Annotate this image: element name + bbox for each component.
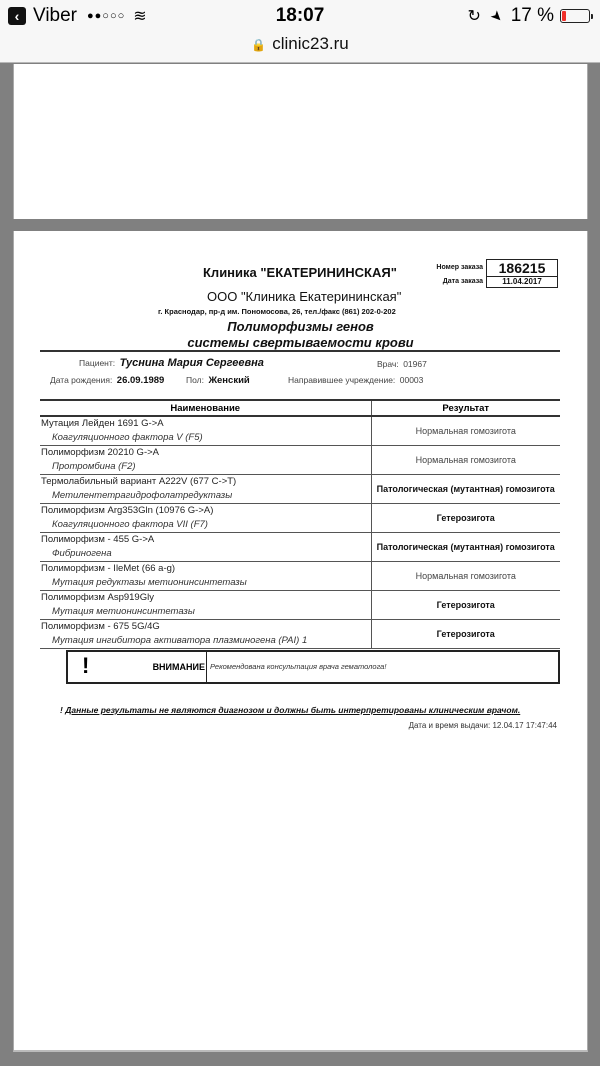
table-row: Полиморфизм Asp919GlyМутация метионинсин… (40, 591, 560, 620)
document-title-line2: системы свертываемости крови (14, 335, 587, 350)
test-result: Нормальная гомозигота (371, 416, 560, 446)
document-page-2: Клиника "ЕКАТЕРИНИНСКАЯ" Номер заказа 18… (13, 231, 588, 1052)
disclaimer-text: Данные результаты не являются диагнозом … (65, 705, 520, 715)
lock-icon: 🔒 (251, 38, 266, 52)
test-subtitle: Мутация редуктазы метионинсинтетазы (41, 576, 370, 590)
table-row: Термолабильный вариант A222V (677 C->T)М… (40, 475, 560, 504)
test-subtitle: Фибриногена (41, 547, 370, 561)
disclaimer: ! Данные результаты не являются диагнозо… (60, 705, 520, 715)
test-subtitle: Коагуляционного фактора VII (F7) (41, 518, 370, 532)
issue-datetime: Дата и время выдачи: 12.04.17 17:47:44 (409, 721, 557, 730)
doctor-label: Врач: (377, 359, 399, 369)
test-name: Полиморфизм Arg353Gln (10976 G->A) (41, 504, 370, 518)
rotation-lock-icon: ↻ (468, 6, 481, 26)
table-row: Мутация Лейден 1691 G->AКоагуляционного … (40, 416, 560, 446)
test-result: Патологическая (мутантная) гомозигота (371, 533, 560, 562)
dob-value: 26.09.1989 (117, 375, 165, 386)
disclaimer-exclamation-icon: ! (60, 705, 63, 715)
test-subtitle: Протромбина (F2) (41, 460, 370, 474)
test-name-cell: Полиморфизм Asp919GlyМутация метионинсин… (40, 591, 371, 620)
test-result: Нормальная гомозигота (371, 446, 560, 475)
dob-label: Дата рождения: (50, 375, 112, 385)
test-name: Полиморфизм - 675 5G/4G (41, 620, 370, 634)
referrer-row: Направившее учреждение: 00003 (288, 370, 423, 388)
table-row: Полиморфизм Arg353Gln (10976 G->A)Коагул… (40, 504, 560, 533)
battery-icon (560, 9, 590, 23)
test-name-cell: Полиморфизм Arg353Gln (10976 G->A)Коагул… (40, 504, 371, 533)
exclamation-icon: ! (82, 653, 89, 679)
order-date-label: Дата заказа (423, 278, 483, 285)
test-subtitle: Мутация метионинсинтетазы (41, 605, 370, 619)
test-name: Полиморфизм 20210 G->A (41, 446, 370, 460)
test-name-cell: Полиморфизм 20210 G->AПротромбина (F2) (40, 446, 371, 475)
url-text: clinic23.ru (272, 34, 349, 53)
test-name-cell: Полиморфизм - 675 5G/4GМутация ингибитор… (40, 620, 371, 649)
clinic-name: Клиника "ЕКАТЕРИНИНСКАЯ" (203, 265, 397, 280)
test-name: Полиморфизм - 455 G->A (41, 533, 370, 547)
sex-value: Женский (208, 375, 249, 386)
warning-text: Рекомендована консультация врача гематол… (207, 652, 386, 682)
test-result: Гетерозигота (371, 620, 560, 649)
sex-row: Пол: Женский (186, 370, 250, 388)
test-subtitle: Метилентетрагидрофолатредуктазы (41, 489, 370, 503)
title-divider (40, 350, 560, 352)
test-result: Нормальная гомозигота (371, 562, 560, 591)
test-name-cell: Полиморфизм - IleMet (66 a-g)Мутация ред… (40, 562, 371, 591)
test-name-cell: Термолабильный вариант A222V (677 C->T)М… (40, 475, 371, 504)
referrer-label: Направившее учреждение: (288, 375, 395, 385)
patient-name: Туснина Мария Сергеевна (120, 357, 264, 369)
issued-label: Дата и время выдачи: (409, 721, 491, 730)
table-row: Полиморфизм - IleMet (66 a-g)Мутация ред… (40, 562, 560, 591)
test-name: Термолабильный вариант A222V (677 C->T) (41, 475, 370, 489)
patient-row: Пациент: Туснина Мария Сергеевна (79, 353, 264, 371)
ios-status-bar: ‹ Viber ●●○○○ ≋ 18:07 ↻ ➤ 17 % (0, 0, 600, 32)
url-bar[interactable]: 🔒clinic23.ru (0, 32, 600, 63)
organization-name: ООО "Клиника Екатерининская" (207, 289, 401, 304)
table-row: Полиморфизм 20210 G->AПротромбина (F2)Но… (40, 446, 560, 475)
column-header-result: Результат (371, 400, 560, 416)
warning-label: ВНИМАНИЕ (153, 662, 205, 672)
test-name-cell: Мутация Лейден 1691 G->AКоагуляционного … (40, 416, 371, 446)
test-name-cell: Полиморфизм - 455 G->AФибриногена (40, 533, 371, 562)
test-name: Полиморфизм Asp919Gly (41, 591, 370, 605)
results-table: Наименование Результат Мутация Лейден 16… (40, 399, 560, 649)
battery-fill (562, 11, 566, 21)
battery-percent: 17 % (511, 5, 554, 27)
referrer-value: 00003 (400, 375, 424, 385)
test-result: Патологическая (мутантная) гомозигота (371, 475, 560, 504)
order-number: 186215 (486, 259, 558, 277)
test-name: Полиморфизм - IleMet (66 a-g) (41, 562, 370, 576)
sex-label: Пол: (186, 375, 204, 385)
table-row: Полиморфизм - 455 G->AФибриногенаПатолог… (40, 533, 560, 562)
patient-label: Пациент: (79, 358, 115, 368)
order-number-label: Номер заказа (423, 264, 483, 271)
order-date: 11.04.2017 (486, 276, 558, 288)
table-row: Полиморфизм - 675 5G/4GМутация ингибитор… (40, 620, 560, 649)
issued-value: 12.04.17 17:47:44 (492, 721, 557, 730)
test-result: Гетерозигота (371, 591, 560, 620)
column-header-name: Наименование (40, 400, 371, 416)
document-page-1 (13, 64, 588, 219)
test-subtitle: Коагуляционного фактора V (F5) (41, 431, 370, 445)
test-name: Мутация Лейден 1691 G->A (41, 417, 370, 431)
warning-box: ! ВНИМАНИЕ Рекомендована консультация вр… (66, 650, 560, 684)
doctor-value: 01967 (403, 359, 427, 369)
document-title-line1: Полиморфизмы генов (14, 319, 587, 334)
test-result: Гетерозигота (371, 504, 560, 533)
dob-row: Дата рождения: 26.09.1989 (50, 370, 164, 388)
test-subtitle: Мутация ингибитора активатора плазминоге… (41, 634, 370, 648)
clinic-address: г. Краснодар, пр-д им. Пономосова, 26, т… (158, 307, 396, 316)
location-arrow-icon: ➤ (487, 6, 507, 26)
